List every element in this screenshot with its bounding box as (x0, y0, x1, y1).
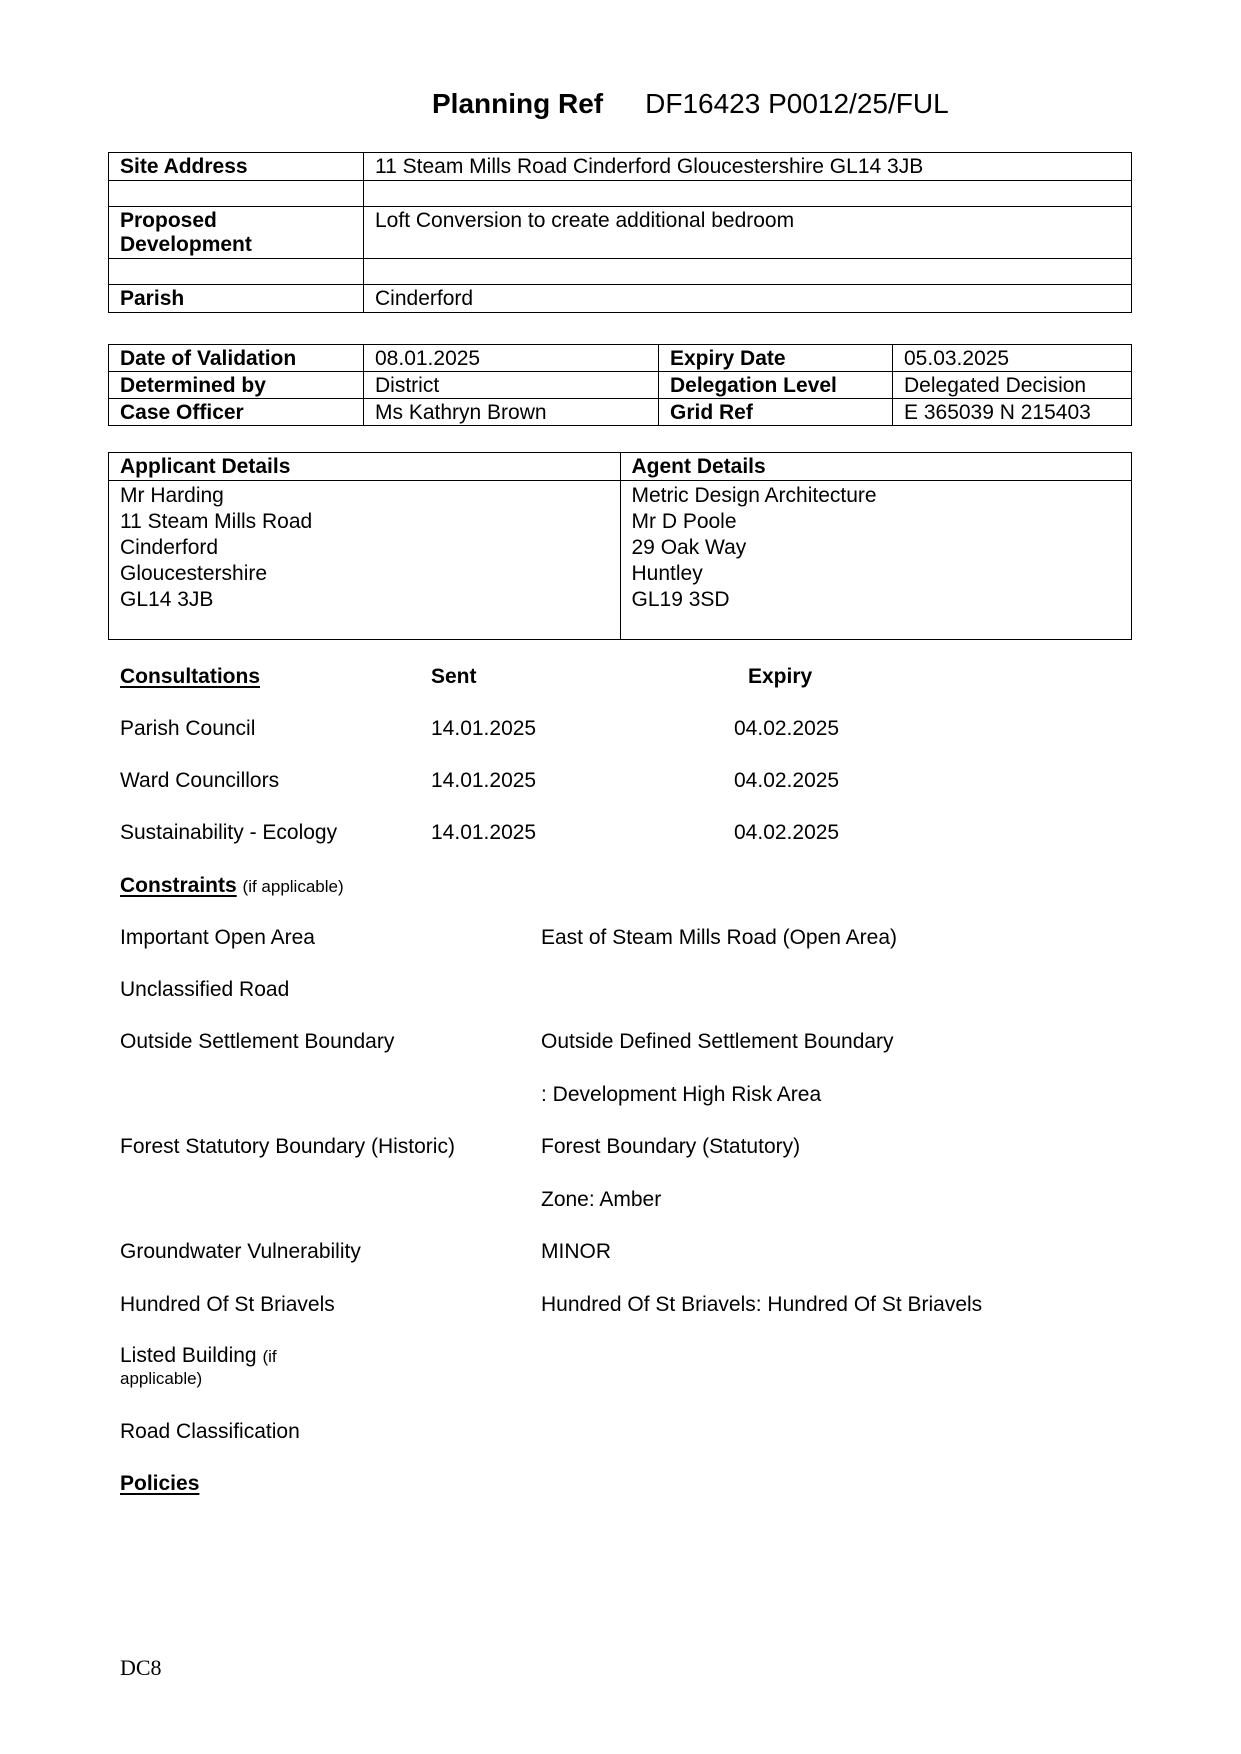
spacer-row (109, 181, 1132, 207)
agent-details: Metric Design Architecture Mr D Poole 29… (620, 481, 1132, 640)
expiry-date-value: 05.03.2025 (893, 345, 1132, 372)
policies-heading: Policies (120, 1472, 199, 1496)
listed-building: Listed Building (if applicable) (120, 1345, 277, 1389)
constraint-name: Hundred Of St Briavels (120, 1293, 335, 1317)
consultee-expiry: 04.02.2025 (734, 821, 839, 845)
determination-row: Determined by District Delegation Level … (109, 372, 1132, 399)
delegation-level-label: Delegation Level (659, 372, 893, 399)
constraint-value: MINOR (541, 1240, 611, 1264)
road-classification-label: Road Classification (120, 1420, 300, 1444)
consultee-expiry: 04.02.2025 (734, 769, 839, 793)
determined-by-label: Determined by (109, 372, 364, 399)
consultee-name: Parish Council (120, 717, 255, 741)
expiry-date-label: Expiry Date (659, 345, 893, 372)
constraint-name: Outside Settlement Boundary (120, 1030, 394, 1054)
consultee-sent: 14.01.2025 (431, 821, 536, 845)
date-of-validation-value: 08.01.2025 (364, 345, 659, 372)
consultee-name: Ward Councillors (120, 769, 279, 793)
validation-row: Date of Validation 08.01.2025 Expiry Dat… (109, 345, 1132, 372)
grid-ref-label: Grid Ref (659, 399, 893, 426)
consultee-sent: 14.01.2025 (431, 769, 536, 793)
constraint-name: Unclassified Road (120, 978, 289, 1002)
parish-value: Cinderford (364, 285, 1132, 313)
applicant-details-label: Applicant Details (109, 453, 621, 481)
case-officer-label: Case Officer (109, 399, 364, 426)
proposed-development-value: Loft Conversion to create additional bed… (364, 207, 1132, 259)
planning-ref-value: DF16423 P0012/25/FUL (645, 88, 949, 119)
consultee-name: Sustainability - Ecology (120, 821, 337, 845)
constraints-heading: Constraints (120, 874, 237, 897)
officer-row: Case Officer Ms Kathryn Brown Grid Ref E… (109, 399, 1132, 426)
case-officer-value: Ms Kathryn Brown (364, 399, 659, 426)
constraint-value: Hundred Of St Briavels: Hundred Of St Br… (541, 1293, 982, 1317)
constraint-value: : Development High Risk Area (541, 1083, 821, 1107)
planning-ref-title: Planning RefDF16423 P0012/25/FUL (432, 88, 949, 120)
constraints-heading-note: (if applicable) (243, 877, 344, 896)
parties-body-row: Mr Harding 11 Steam Mills Road Cinderfor… (109, 481, 1132, 640)
planning-ref-label: Planning Ref (432, 88, 603, 119)
details-table: Date of Validation 08.01.2025 Expiry Dat… (108, 344, 1132, 426)
date-of-validation-label: Date of Validation (109, 345, 364, 372)
sent-heading: Sent (431, 665, 477, 689)
listed-building-label: Listed Building (120, 1344, 257, 1367)
listed-building-note: (if (262, 1347, 276, 1366)
expiry-heading: Expiry (748, 665, 812, 689)
constraint-value: Forest Boundary (Statutory) (541, 1135, 800, 1159)
constraint-name: Groundwater Vulnerability (120, 1240, 361, 1264)
site-table: Site Address 11 Steam Mills Road Cinderf… (108, 152, 1132, 313)
parish-row: Parish Cinderford (109, 285, 1132, 313)
parties-header-row: Applicant Details Agent Details (109, 453, 1132, 481)
delegation-level-value: Delegated Decision (893, 372, 1132, 399)
site-address-label: Site Address (109, 153, 364, 181)
constraint-name: Important Open Area (120, 926, 315, 950)
applicant-details: Mr Harding 11 Steam Mills Road Cinderfor… (109, 481, 621, 640)
grid-ref-value: E 365039 N 215403 (893, 399, 1132, 426)
proposed-development-row: Proposed Development Loft Conversion to … (109, 207, 1132, 259)
constraint-value: Outside Defined Settlement Boundary (541, 1030, 894, 1054)
consultee-sent: 14.01.2025 (431, 717, 536, 741)
constraint-value: East of Steam Mills Road (Open Area) (541, 926, 897, 950)
parties-table: Applicant Details Agent Details Mr Hardi… (108, 452, 1132, 640)
site-address-value: 11 Steam Mills Road Cinderford Glouceste… (364, 153, 1132, 181)
parish-label: Parish (109, 285, 364, 313)
consultations-heading: Consultations (120, 665, 260, 689)
agent-details-label: Agent Details (620, 453, 1132, 481)
form-code: DC8 (120, 1655, 162, 1681)
site-address-row: Site Address 11 Steam Mills Road Cinderf… (109, 153, 1132, 181)
constraint-value: Zone: Amber (541, 1188, 661, 1212)
constraint-name: Forest Statutory Boundary (Historic) (120, 1135, 455, 1159)
listed-building-note-cont: applicable) (120, 1369, 202, 1388)
constraints-heading-wrap: Constraints (if applicable) (120, 874, 344, 898)
proposed-development-label: Proposed Development (109, 207, 364, 259)
determined-by-value: District (364, 372, 659, 399)
spacer-row (109, 259, 1132, 285)
consultee-expiry: 04.02.2025 (734, 717, 839, 741)
